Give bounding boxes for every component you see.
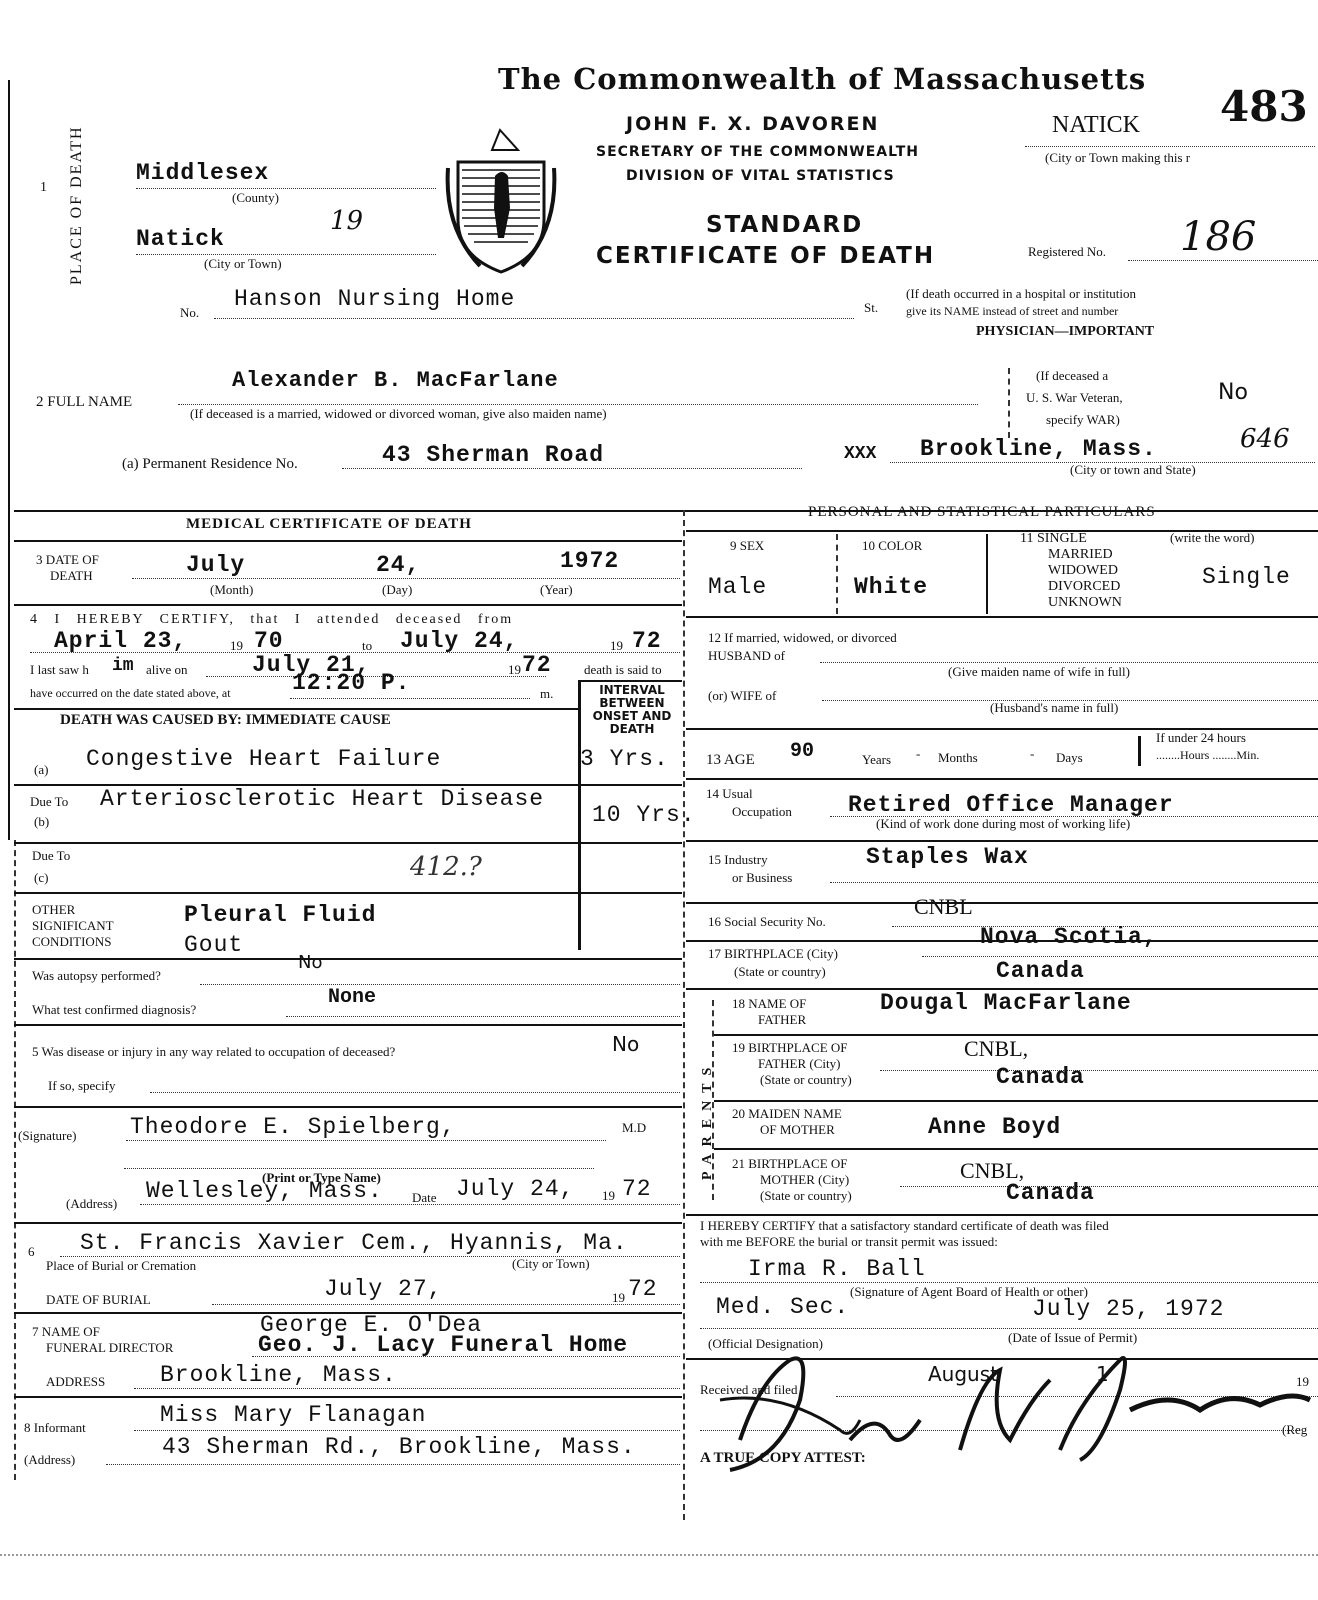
last-saw-prefix: I last saw h: [30, 662, 89, 678]
cause-c-label-1: Due To: [32, 848, 70, 864]
color-value: White: [854, 574, 928, 600]
burial-place-caption: Place of Burial or Cremation: [46, 1258, 196, 1274]
address-label: (Address): [66, 1196, 117, 1212]
funeral-home: Geo. J. Lacy Funeral Home: [258, 1332, 628, 1358]
occupation-label-2: Occupation: [732, 804, 792, 820]
funeral-address-label: ADDRESS: [46, 1374, 105, 1390]
rule: [14, 958, 682, 960]
husband-caption: (Give maiden name of wife in full): [948, 664, 1130, 680]
dotted-line: [178, 404, 978, 405]
rule: [14, 1222, 682, 1224]
last-saw-pronoun: im: [112, 656, 134, 676]
sex-value: Male: [708, 574, 767, 600]
cause-b-interval: 10 Yrs.: [592, 802, 696, 828]
age-days: -: [1030, 746, 1034, 762]
burial-place: St. Francis Xavier Cem., Hyannis, Ma.: [80, 1230, 628, 1256]
registered-no-value: 186: [1180, 214, 1256, 260]
institution-value: Hanson Nursing Home: [234, 286, 515, 312]
cause-heading: DEATH WAS CAUSED BY: IMMEDIATE CAUSE: [60, 712, 391, 729]
father-name: Dougal MacFarlane: [880, 990, 1132, 1016]
dotted-line: [1128, 260, 1318, 261]
occupation-label-1: 14 Usual: [706, 786, 753, 802]
commonwealth-title: The Commonwealth of Massachusetts: [498, 62, 1146, 96]
birthplace-label-1: 17 BIRTHPLACE (City): [708, 946, 838, 962]
dotted-line: [134, 1388, 680, 1389]
veteran-note-1: (If deceased a: [1036, 368, 1108, 384]
marital-label-1: 11 SINGLE: [1020, 532, 1087, 546]
father-label-1: 18 NAME OF: [732, 996, 806, 1012]
marital-label-5: UNKNOWN: [1048, 596, 1122, 610]
left-margin-dashes: [14, 840, 16, 1480]
dotted-line: [286, 1016, 680, 1017]
marital-label-3: WIDOWED: [1048, 564, 1118, 578]
death-said-text: death is said to: [584, 662, 662, 678]
marital-value: Single: [1202, 564, 1291, 590]
birthplace-label-2: (State or country): [734, 964, 826, 980]
interval-left-rule: [578, 680, 581, 950]
rule: [686, 616, 1318, 618]
handwritten-code: 646: [1240, 424, 1290, 454]
test-label: What test confirmed diagnosis?: [32, 1002, 196, 1018]
rule: [686, 840, 1318, 842]
rule: [686, 778, 1318, 780]
age-years: 90: [790, 740, 814, 763]
dotted-line: [922, 956, 1318, 957]
burial-date: July 27,: [324, 1276, 442, 1302]
physician-signature: Theodore E. Spielberg,: [130, 1114, 456, 1140]
registered-no-label: Registered No.: [1028, 244, 1106, 260]
certify-text: 4 I HEREBY CERTIFY, that I attended dece…: [30, 612, 513, 628]
divider: [986, 534, 988, 614]
st-label: St.: [864, 300, 878, 316]
division-name: DIVISION OF VITAL STATISTICS: [626, 168, 895, 184]
dotted-line: [212, 1304, 680, 1305]
date-label: Date: [412, 1190, 437, 1206]
permit-issue-date: July 25, 1972: [1032, 1296, 1224, 1322]
dotted-line: [900, 1186, 1318, 1187]
signed-year: 72: [622, 1176, 652, 1202]
rule: [14, 1024, 682, 1026]
autopsy-label: Was autopsy performed?: [32, 968, 161, 984]
dotted-line: [150, 1092, 680, 1093]
days-label: Days: [1056, 750, 1083, 766]
time-suffix: m.: [540, 686, 553, 702]
dotted-line: [1025, 146, 1315, 147]
industry-label-1: 15 Industry: [708, 852, 768, 868]
dod-day: 24,: [376, 552, 420, 578]
doc-title-certificate: CERTIFICATE OF DEATH: [596, 243, 935, 269]
center-divider: [683, 510, 685, 1520]
rule: [14, 604, 682, 606]
occurred-text: have occurred on the date stated above, …: [30, 686, 231, 701]
hospital-note-line1: (If death occurred in a hospital or inst…: [906, 286, 1136, 302]
veteran-value: No: [1218, 380, 1248, 405]
rule: [14, 708, 578, 710]
dotted-line: [126, 1140, 606, 1141]
county-value: Middlesex: [136, 160, 269, 186]
informant-name: Miss Mary Flanagan: [160, 1402, 426, 1428]
informant-address: 43 Sherman Rd., Brookline, Mass.: [162, 1434, 636, 1460]
occupation-related-label: 5 Was disease or injury in any way relat…: [32, 1044, 395, 1060]
interval-heading: INTERVAL BETWEEN ONSET AND DEATH: [588, 684, 676, 736]
test-value: None: [328, 986, 376, 1009]
secretary-title: SECRETARY OF THE COMMONWEALTH: [596, 144, 919, 160]
dotted-line: [134, 1430, 680, 1431]
parents-label: PARENTS: [700, 1060, 716, 1180]
permit-certify-line1: I HEREBY CERTIFY that a satisfactory sta…: [700, 1218, 1109, 1234]
dotted-line: [820, 662, 1318, 663]
residence-city-state: Brookline, Mass.: [920, 436, 1157, 462]
dotted-line: [214, 318, 854, 319]
rule: [714, 1100, 1318, 1102]
signed-date: July 24,: [456, 1176, 574, 1202]
father-label-2: FATHER: [758, 1012, 806, 1028]
city-caption: (City or Town): [204, 256, 282, 272]
massachusetts-seal-icon: [440, 128, 562, 276]
personal-heading: PERSONAL AND STATISTICAL PARTICULARS: [808, 504, 1156, 521]
dod-month-caption: (Month): [210, 582, 253, 598]
divider: [1008, 368, 1010, 438]
md-suffix: M.D: [622, 1120, 646, 1136]
full-name-label: 2 FULL NAME: [36, 394, 132, 411]
burial-item-number: 6: [28, 1244, 35, 1260]
ssn-label: 16 Social Security No.: [708, 914, 826, 930]
rule: [14, 842, 682, 844]
father-bp-country: Canada: [996, 1064, 1085, 1090]
rule: [14, 1396, 682, 1398]
informant-label: 8 Informant: [24, 1420, 86, 1436]
rule: [686, 1214, 1318, 1216]
dotted-line: [136, 188, 436, 189]
secretary-name: JOHN F. X. DAVOREN: [626, 113, 879, 135]
last-saw-year: 72: [522, 652, 552, 678]
cause-a: Congestive Heart Failure: [86, 746, 441, 772]
full-name-value: Alexander B. MacFarlane: [232, 368, 559, 393]
dotted-line: [136, 254, 436, 255]
divider: [836, 534, 838, 614]
attended-from-year: 70: [254, 628, 284, 654]
dotted-line: [830, 882, 1318, 883]
dod-day-caption: (Day): [382, 582, 412, 598]
registrar-signature-icon: [700, 1340, 1318, 1480]
full-name-caption: (If deceased is a married, widowed or di…: [190, 406, 607, 422]
father-bp-city: CNBL,: [964, 1036, 1028, 1062]
cause-b: Arteriosclerotic Heart Disease: [100, 786, 544, 812]
informant-address-label: (Address): [24, 1452, 75, 1468]
last-saw-year-prefix: 19: [508, 662, 521, 678]
no-label: No.: [180, 305, 199, 321]
rule: [578, 680, 682, 682]
burial-city-caption: (City or Town): [512, 1256, 590, 1272]
veteran-note-3: specify WAR): [1046, 412, 1120, 428]
residence-city-caption: (City or town and State): [1070, 462, 1196, 478]
time-of-death: 12:20 P.: [292, 670, 410, 696]
dod-year-caption: (Year): [540, 582, 573, 598]
age-months: -: [916, 746, 920, 762]
sex-label: 9 SEX: [730, 538, 764, 554]
dotted-line: [880, 1070, 1318, 1071]
signed-year-prefix: 19: [602, 1188, 615, 1204]
physician-important: PHYSICIAN—IMPORTANT: [976, 324, 1154, 340]
wife-caption: (Husband's name in full): [990, 700, 1118, 716]
city-making-return-caption: (City or Town making this r: [1045, 150, 1190, 166]
rule: [14, 892, 682, 894]
age-label: 13 AGE: [706, 752, 755, 769]
attended-to: July 24,: [400, 628, 518, 654]
color-label: 10 COLOR: [862, 538, 922, 554]
dotted-line: [132, 578, 680, 579]
industry-value: Staples Wax: [866, 844, 1029, 870]
birthplace-city: Nova Scotia,: [980, 924, 1158, 950]
father-bp-label-1: 19 BIRTHPLACE OF: [732, 1040, 848, 1056]
medical-heading: MEDICAL CERTIFICATE OF DEATH: [186, 516, 472, 533]
if-so-label: If so, specify: [48, 1078, 116, 1094]
other-condition-2: Gout: [184, 932, 243, 958]
certificate-number: 483: [1220, 82, 1308, 131]
handwritten-19: 19: [330, 206, 363, 236]
city-value: Natick: [136, 226, 225, 252]
dotted-line: [124, 1168, 594, 1169]
mother-bp-country: Canada: [1006, 1180, 1095, 1206]
attended-from: April 23,: [54, 628, 187, 654]
city-making-return: NATICK: [1052, 112, 1140, 139]
left-margin-rule: [8, 80, 10, 840]
marital-label-2: MARRIED: [1048, 548, 1113, 562]
rule: [686, 902, 1318, 904]
dotted-line: [342, 468, 802, 469]
doc-title-standard: STANDARD: [706, 212, 863, 238]
cause-b-label-2: (b): [34, 814, 49, 830]
struck-text: XXX: [844, 444, 876, 464]
rule: [714, 1148, 1318, 1150]
spouse-intro: 12 If married, widowed, or divorced: [708, 630, 897, 646]
attended-to-year: 72: [632, 628, 662, 654]
other-label-3: CONDITIONS: [32, 934, 111, 950]
attended-from-year-prefix: 19: [230, 638, 243, 654]
industry-label-2: or Business: [732, 870, 792, 886]
attended-to-year-prefix: 19: [610, 638, 623, 654]
wife-label: (or) WIFE of: [708, 688, 776, 704]
under-24-line1: If under 24 hours: [1156, 730, 1246, 746]
county-caption: (County): [232, 190, 279, 206]
divider: [1138, 736, 1141, 766]
dotted-line: [106, 1464, 680, 1465]
marital-label-4: DIVORCED: [1048, 580, 1120, 594]
husband-label: HUSBAND of: [708, 648, 785, 664]
father-bp-label-3: (State or country): [760, 1072, 852, 1088]
other-condition-1: Pleural Fluid: [184, 902, 376, 928]
dod-year: 1972: [560, 548, 619, 574]
rule: [14, 1106, 682, 1108]
hospital-note-line2: give its NAME instead of street and numb…: [906, 304, 1118, 319]
occupation-caption: (Kind of work done during most of workin…: [876, 816, 1130, 832]
other-label-1: OTHER: [32, 902, 75, 918]
last-saw-suffix: alive on: [146, 662, 188, 678]
years-label: Years: [862, 752, 891, 768]
birthplace-country: Canada: [996, 958, 1085, 984]
burial-date-label: DATE OF BURIAL: [46, 1292, 151, 1308]
mother-label-1: 20 MAIDEN NAME: [732, 1106, 842, 1122]
burial-year: 72: [628, 1276, 658, 1302]
occupation-related-value: No: [612, 1032, 639, 1056]
permit-certify-line2: with me BEFORE the burial or transit per…: [700, 1234, 998, 1250]
dotted-line: [140, 1204, 680, 1205]
dod-month: July: [186, 552, 245, 578]
cause-b-label-1: Due To: [30, 794, 68, 810]
dotted-line: [700, 1282, 1318, 1283]
dotted-line: [700, 1328, 1318, 1329]
mother-name: Anne Boyd: [928, 1114, 1061, 1140]
dod-label-1: 3 DATE OF: [36, 552, 99, 568]
residence-street: 43 Sherman Road: [382, 442, 604, 468]
dod-label-2: DEATH: [50, 568, 93, 584]
other-label-2: SIGNIFICANT: [32, 918, 114, 934]
burial-year-prefix: 19: [612, 1290, 625, 1306]
dotted-line: [200, 984, 680, 985]
item-1-number: 1: [40, 180, 47, 196]
marital-instruction: (write the word): [1170, 530, 1254, 546]
veteran-note-2: U. S. War Veteran,: [1026, 390, 1123, 406]
mother-bp-label-3: (State or country): [760, 1188, 852, 1204]
place-of-death-label: PLACE OF DEATH: [68, 125, 86, 285]
occupation-value: Retired Office Manager: [848, 792, 1174, 818]
autopsy-value: No: [298, 952, 322, 973]
father-bp-label-2: FATHER (City): [758, 1056, 840, 1072]
physician-address: Wellesley, Mass.: [146, 1178, 383, 1204]
permit-agent: Irma R. Ball: [748, 1256, 926, 1282]
residence-label: (a) Permanent Residence No.: [122, 456, 298, 473]
signature-label: (Signature): [18, 1128, 76, 1144]
rule: [14, 540, 682, 542]
mother-bp-label-1: 21 BIRTHPLACE OF: [732, 1156, 848, 1172]
cause-a-label: (a): [34, 762, 48, 778]
cause-a-interval: 3 Yrs.: [580, 746, 669, 772]
dotted-line: [290, 698, 530, 699]
months-label: Months: [938, 750, 978, 766]
funeral-label-2: FUNERAL DIRECTOR: [46, 1340, 173, 1356]
mother-bp-label-2: MOTHER (City): [760, 1172, 849, 1188]
mother-label-2: OF MOTHER: [760, 1122, 835, 1138]
cause-c-label-2: (c): [34, 870, 48, 886]
under-24-line2: ........Hours ........Min.: [1156, 748, 1259, 763]
ssn-value: CNBL: [914, 894, 973, 920]
funeral-address: Brookline, Mass.: [160, 1362, 397, 1388]
cause-c-handwritten: 412.?: [410, 852, 482, 882]
bottom-border: [0, 1554, 1318, 1556]
funeral-label-1: 7 NAME OF: [32, 1324, 100, 1340]
permit-designation: Med. Sec.: [716, 1294, 849, 1320]
